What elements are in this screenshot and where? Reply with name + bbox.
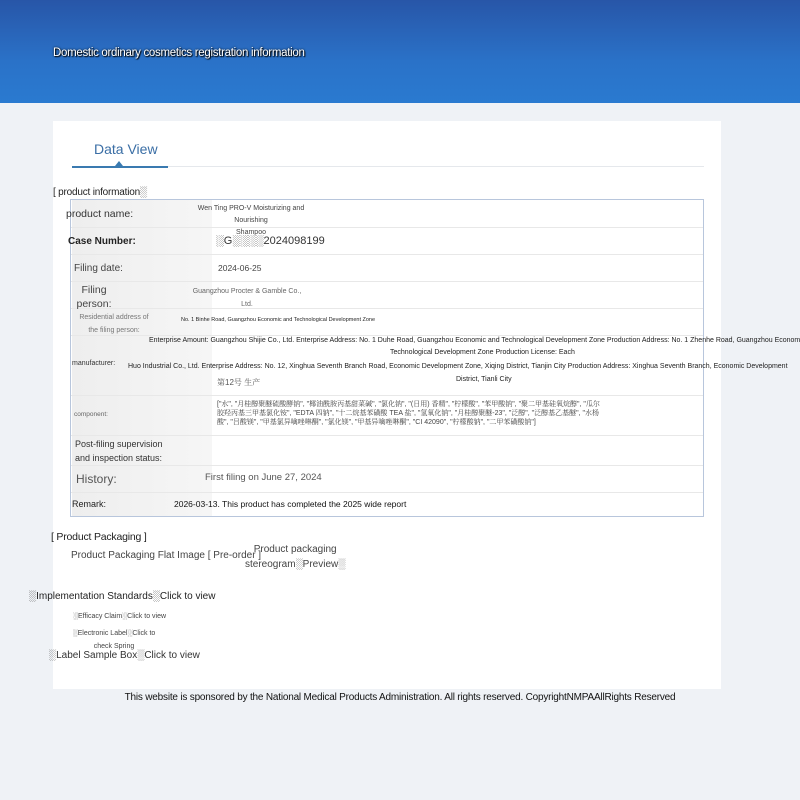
product-info-table: product name: Wen Ting PRO-V Moisturizin… bbox=[70, 199, 704, 517]
remark-value: 2026-03-13. This product has completed t… bbox=[174, 499, 406, 509]
stereogram-preview-link[interactable]: Product packaging stereogram░Preview░ bbox=[245, 542, 345, 572]
post-filing-label-line1: Post-filing supervision bbox=[75, 437, 163, 451]
manufacturer-value-line3: Huo Industrial Co., Ltd. Enterprise Addr… bbox=[128, 363, 788, 370]
remark-label: Remark: bbox=[72, 499, 106, 509]
manufacturer-overlay-fragment: 第12号 生产 bbox=[217, 377, 260, 388]
table-row-component: component: ["水", "月桂醇聚醚硫酸酵钠", "椰油酰胺丙基甜菜碱… bbox=[71, 396, 703, 436]
stereogram-line1: Product packaging bbox=[245, 542, 345, 557]
label-sample-box-link[interactable]: ░Label Sample Box░Click to view bbox=[49, 650, 200, 661]
case-number-label: Case Number: bbox=[68, 236, 136, 247]
component-value-line2: 胶羟丙基三甲基氯化铵", "EDTA 四钠", "十二烷基苯磺酸 TEA 盐",… bbox=[217, 409, 677, 418]
table-row-post-filing: Post-filing supervision and inspection s… bbox=[71, 436, 703, 466]
filing-person-label-line1: Filing bbox=[76, 283, 112, 297]
filing-date-value: 2024-06-25 bbox=[218, 263, 261, 273]
table-row-history: History: First filing on June 27, 2024 bbox=[71, 466, 703, 493]
tab-active-indicator bbox=[72, 166, 168, 168]
flat-image-label: Product Packaging Flat Image [ Pre-order… bbox=[71, 550, 261, 561]
table-row-remark: Remark: 2026-03-13. This product has com… bbox=[71, 493, 703, 516]
residential-address-label: Residential address of the filing person… bbox=[74, 311, 154, 337]
table-row-filing-date: Filing date: 2024-06-25 bbox=[71, 255, 703, 282]
history-value: First filing on June 27, 2024 bbox=[205, 472, 322, 483]
header-banner: Domestic ordinary cosmetics registration… bbox=[0, 0, 800, 103]
filing-date-label: Filing date: bbox=[74, 263, 123, 274]
history-label: History: bbox=[76, 472, 117, 486]
implementation-standards-link[interactable]: ░Implementation Standards░Click to view bbox=[29, 591, 215, 602]
component-value-line1: ["水", "月桂醇聚醚硫酸酵钠", "椰油酰胺丙基甜菜碱", "氯化钠", "… bbox=[217, 400, 677, 409]
tab-data-view[interactable]: Data View bbox=[94, 141, 158, 157]
filing-person-value-line1: Guangzhou Procter & Gamble Co., bbox=[181, 285, 313, 298]
product-name-value-line1: Wen Ting PRO-V Moisturizing and Nourishi… bbox=[181, 203, 321, 227]
residential-address-label-line1: Residential address of bbox=[74, 311, 154, 324]
table-row-filing-person: Filing person: Guangzhou Procter & Gambl… bbox=[71, 282, 703, 309]
packaging-section-title: [ Product Packaging ] bbox=[51, 531, 147, 543]
tab-caret-icon bbox=[115, 161, 123, 166]
manufacturer-value-line2: Technological Development Zone Productio… bbox=[390, 349, 575, 356]
component-label: component: bbox=[74, 411, 108, 418]
manufacturer-label: manufacturer: bbox=[72, 360, 115, 367]
page-title: Domestic ordinary cosmetics registration… bbox=[53, 47, 305, 59]
filing-person-value: Guangzhou Procter & Gamble Co., Ltd. bbox=[181, 285, 313, 311]
residential-address-value: No. 1 Binhe Road, Guangzhou Economic and… bbox=[181, 317, 375, 323]
post-filing-label: Post-filing supervision and inspection s… bbox=[75, 437, 163, 465]
post-filing-label-line2: and inspection status: bbox=[75, 451, 163, 465]
efficacy-claim-link[interactable]: ░Efficacy Claim░Click to view bbox=[73, 613, 166, 620]
stereogram-line2: stereogram░Preview░ bbox=[245, 557, 345, 572]
component-value: ["水", "月桂醇聚醚硫酸酵钠", "椰油酰胺丙基甜菜碱", "氯化钠", "… bbox=[217, 400, 677, 427]
footer-copyright: This website is sponsored by the Nationa… bbox=[0, 692, 800, 703]
manufacturer-value-line4: District, Tianli City bbox=[456, 376, 512, 383]
filing-person-label: Filing person: bbox=[76, 283, 112, 311]
manufacturer-value-line1: Enterprise Amount: Guangzhou Shijie Co.,… bbox=[149, 337, 800, 344]
table-row-case-number: Case Number: ░G░░░░2024098199 bbox=[71, 228, 703, 255]
table-row-product-name: product name: Wen Ting PRO-V Moisturizin… bbox=[71, 200, 703, 228]
case-number-value: ░G░░░░2024098199 bbox=[216, 235, 325, 247]
table-row-residential-address: Residential address of the filing person… bbox=[71, 309, 703, 336]
electronic-label-line1: ░Electronic Label░Click to bbox=[72, 627, 156, 640]
component-value-line3: 酸", "吕酸镁", "甲基氯异噙唑啉酮", "氯化镁", "甲基异噙唑啉酮",… bbox=[217, 418, 677, 427]
product-name-label: product name: bbox=[66, 208, 133, 220]
product-info-section-title: [ product information░ bbox=[53, 187, 147, 198]
